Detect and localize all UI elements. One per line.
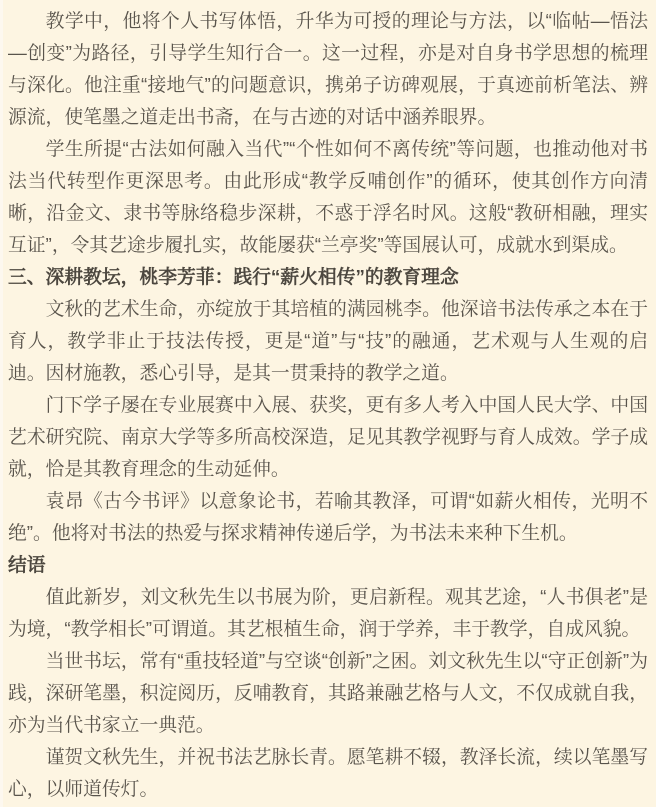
body-paragraph: 当世书坛，常有“重技轻道”与空谈“创新”之困。刘文秋先生以“守正创新”为践，深研… — [8, 645, 648, 741]
body-paragraph: 门下学子屡在专业展赛中入展、获奖，更有多人考入中国人民大学、中国艺术研究院、南京… — [8, 389, 648, 485]
section-heading: 三、深耕教坛，桃李芳菲：践行“薪火相传”的教育理念 — [8, 261, 648, 293]
body-paragraph: 值此新岁，刘文秋先生以书展为阶，更启新程。观其艺途，“人书俱老”是为境，“教学相… — [8, 581, 648, 645]
body-paragraph: 文秋的艺术生命，亦绽放于其培植的满园桃李。他深谙书法传承之本在于育人，教学非止于… — [8, 293, 648, 389]
article-body: 教学中，他将个人书写体悟，升华为可授的理论与方法，以“临帖—悟法—创变”为路径，… — [0, 0, 656, 805]
body-paragraph: 学生所提“古法如何融入当代”“个性如何不离传统”等问题，也推动他对书法当代转型作… — [8, 133, 648, 261]
body-paragraph: 谨贺文秋先生，并祝书法艺脉长青。愿笔耕不辍，教泽长流，续以笔墨写心，以师道传灯。 — [8, 741, 648, 805]
body-paragraph: 教学中，他将个人书写体悟，升华为可授的理论与方法，以“临帖—悟法—创变”为路径，… — [8, 5, 648, 133]
document-page: 教学中，他将个人书写体悟，升华为可授的理论与方法，以“临帖—悟法—创变”为路径，… — [0, 0, 656, 807]
section-heading: 结语 — [8, 549, 648, 581]
body-paragraph: 袁昂《古今书评》以意象论书，若喻其教泽，可谓“如薪火相传，光明不绝”。他将对书法… — [8, 485, 648, 549]
